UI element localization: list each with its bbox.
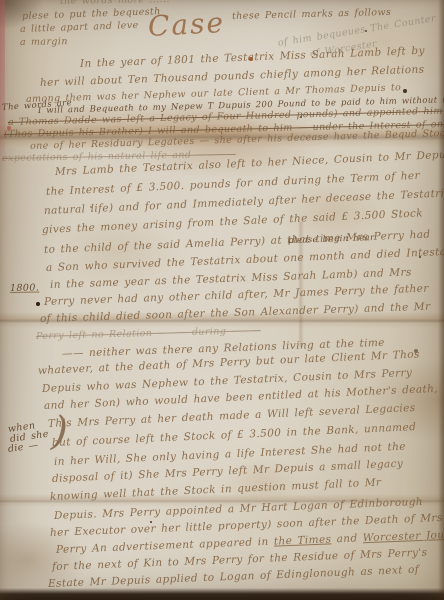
pencil-marks-note: these Pencil marks as follows [232, 7, 391, 22]
margin-instruction-line: plese to put the bequesth [22, 6, 161, 22]
right-edge-shadow [438, 0, 444, 600]
margin-instruction-line: a little apart and leve [20, 20, 139, 35]
newspaper-name: the Times [274, 533, 332, 547]
ink-specks [0, 0, 2, 2]
pink-edge-tint [0, 0, 5, 175]
page-title: Case [147, 6, 226, 43]
margin-year-note: 1800. [10, 282, 39, 294]
advertisement-text: and [331, 532, 363, 545]
margin-instruction-line: a margin [20, 36, 68, 48]
struck-line: Perry left no Relation ——— during ——— [36, 325, 261, 342]
newspaper-name: Worcester Journal [363, 528, 444, 544]
bottom-edge-shadow [0, 588, 444, 600]
manuscript-page: the words more ...... plese to put the b… [0, 0, 444, 600]
